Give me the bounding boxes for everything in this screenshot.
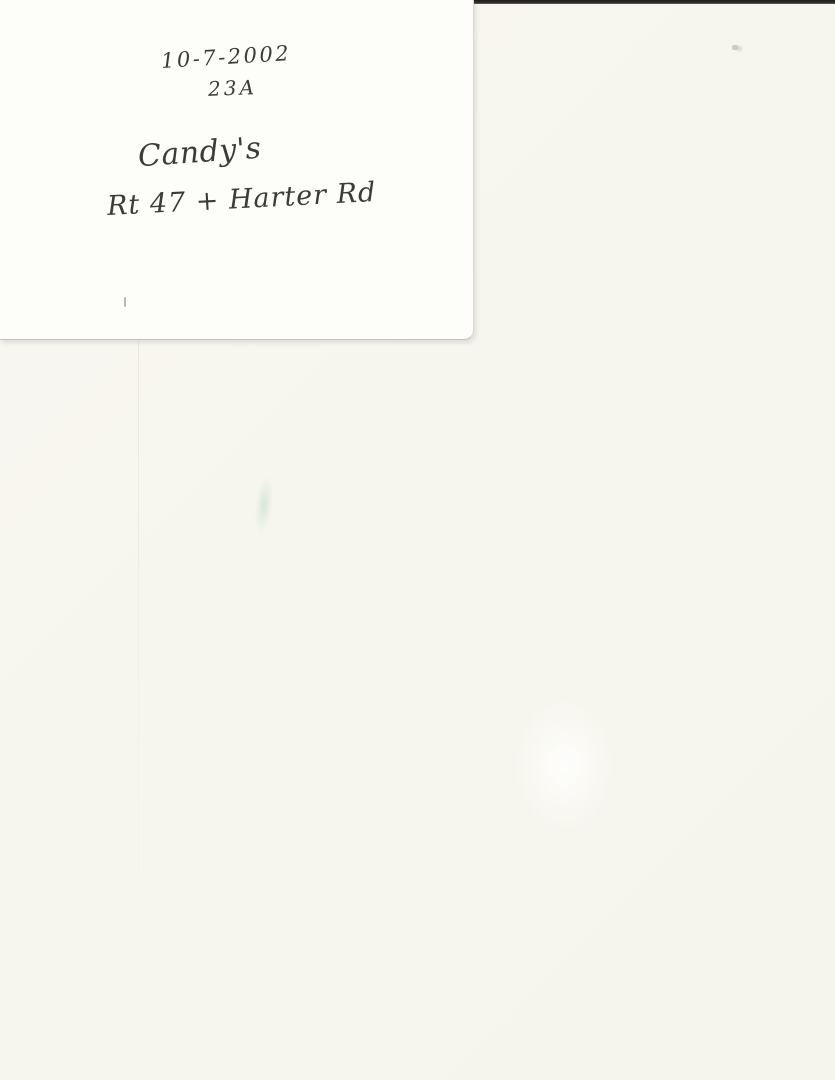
- handwritten-date: 10-7-2002: [160, 43, 291, 72]
- scan-artifact-dash: [124, 297, 126, 307]
- handwritten-location: Rt 47 + Harter Rd: [106, 179, 376, 220]
- scanned-page: 10-7-2002 23A Candy's Rt 47 + Harter Rd: [0, 0, 835, 1080]
- scan-artifact-light-oval: [512, 695, 617, 835]
- scan-artifact-green-smudge: [251, 474, 276, 536]
- handwritten-number: 23A: [208, 77, 258, 99]
- scanner-bed-edge: [473, 0, 835, 4]
- handwritten-name: Candy's: [137, 134, 262, 173]
- note-card: 10-7-2002 23A Candy's Rt 47 + Harter Rd: [0, 0, 474, 340]
- scan-artifact-crease: [138, 340, 139, 1080]
- scan-artifact-speck: [732, 45, 738, 50]
